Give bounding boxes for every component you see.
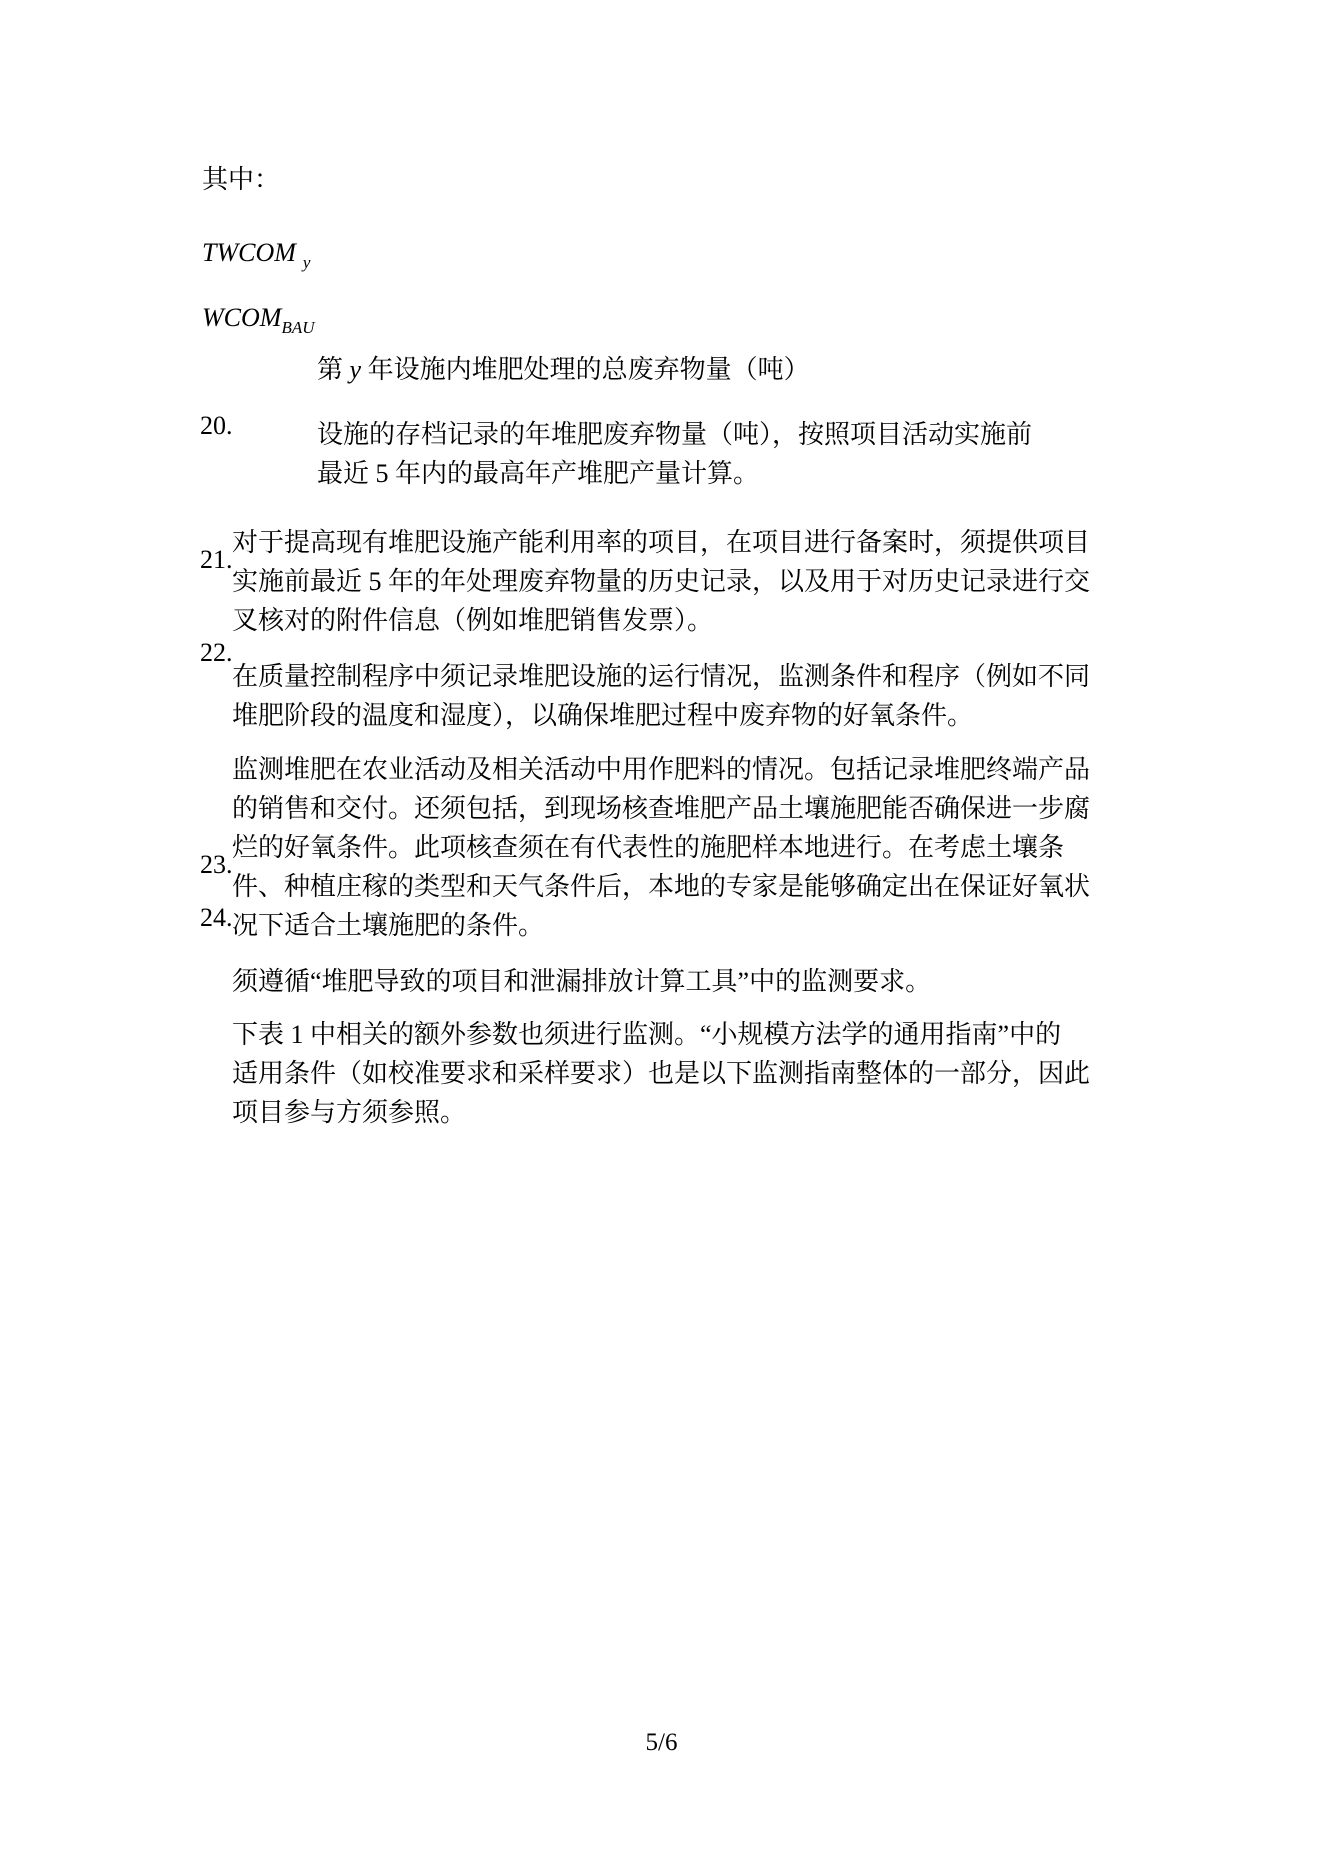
item-number: 21. <box>200 540 233 579</box>
whereas-label: 其中： <box>202 160 280 199</box>
item-number: 20. <box>200 406 233 445</box>
term-symbol-twcom: TWCOMy <box>202 233 310 272</box>
term-name: WCOM <box>202 303 281 332</box>
term-symbol-wcom-bau: WCOMBAU <box>202 298 314 337</box>
term-subscript: BAU <box>281 318 314 337</box>
numbered-item-24: 24. 下表 1 中相关的额外参数也须进行监测。“小规模方法学的通用指南”中的 … <box>200 898 1090 1210</box>
page-number: 5/6 <box>0 1723 1323 1762</box>
item-number: 23. <box>200 845 233 884</box>
item-number: 22. <box>200 633 233 672</box>
term-subscript: y <box>303 253 311 272</box>
document-page: 其中： TWCOMy 第 y 年设施内堆肥处理的总废弃物量（吨） WCOMBAU… <box>0 0 1323 1871</box>
term-name: TWCOM <box>202 238 296 267</box>
item-text: 下表 1 中相关的额外参数也须进行监测。“小规模方法学的通用指南”中的 适用条件… <box>232 1015 1090 1132</box>
item-number: 24. <box>200 898 233 937</box>
